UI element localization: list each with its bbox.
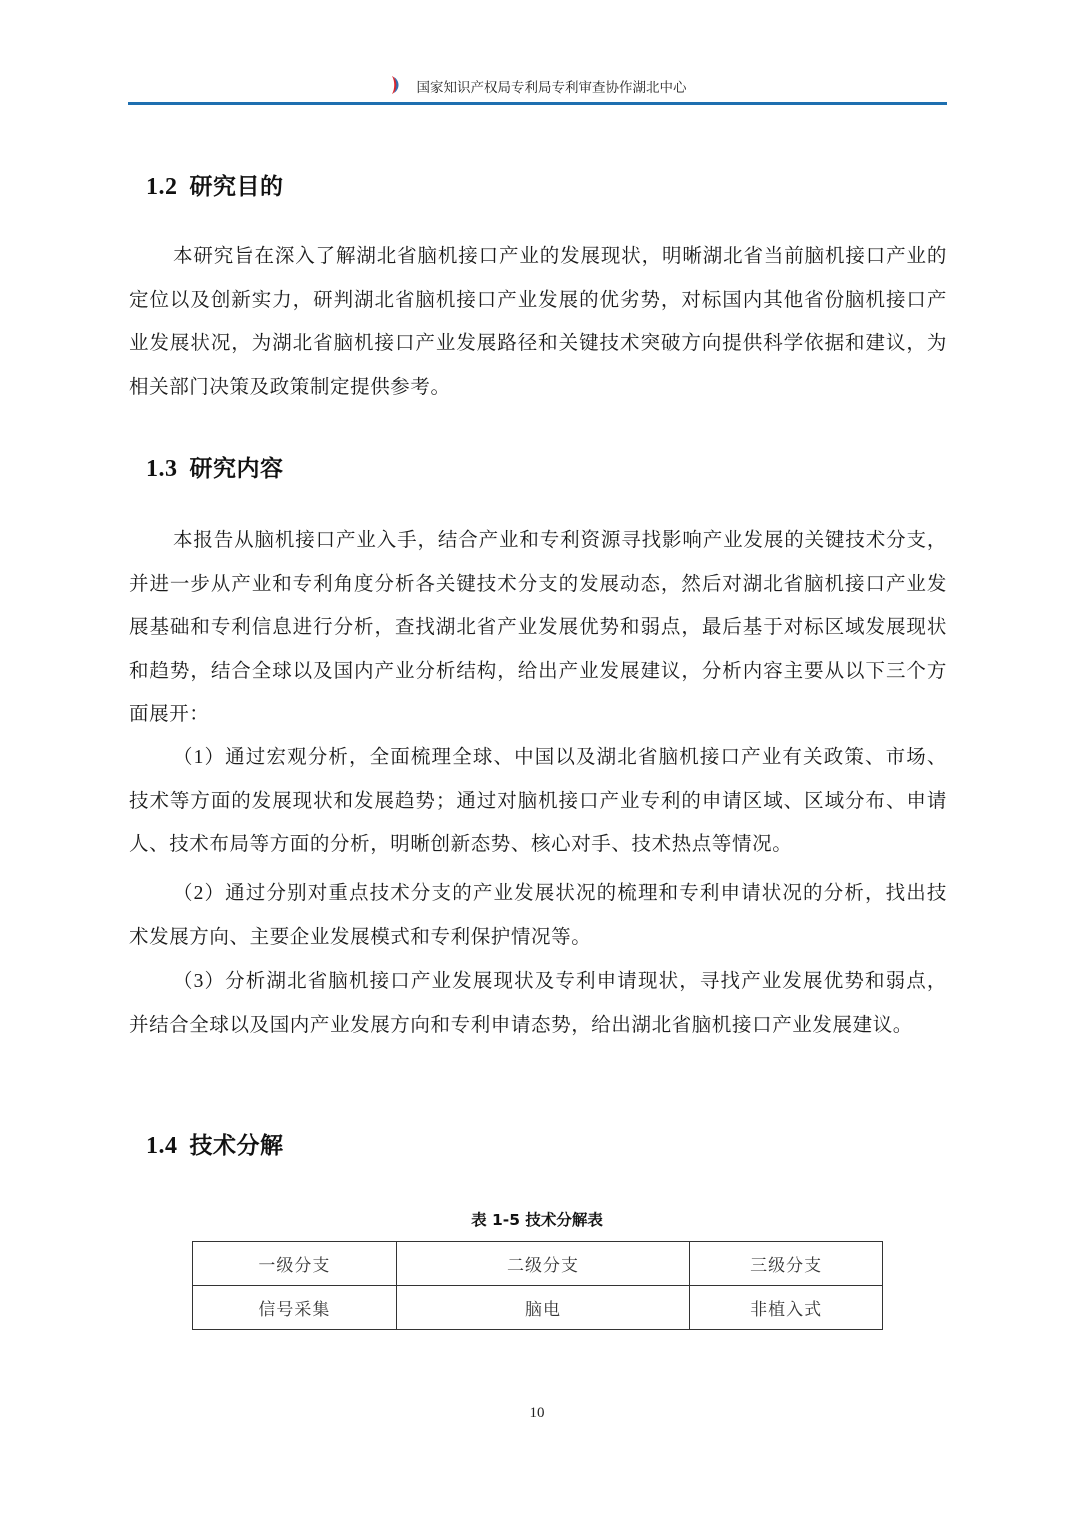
- section-number: 1.4: [146, 1133, 178, 1159]
- table-cell: 脑电: [396, 1286, 690, 1330]
- table-caption: 表 1-5 技术分解表: [192, 1208, 882, 1230]
- table-header-cell: 一级分支: [193, 1242, 397, 1286]
- section-heading-1-3: 1.3研究内容: [146, 450, 284, 483]
- paragraph-research-purpose: 本研究旨在深入了解湖北省脑机接口产业的发展现状，明晰湖北省当前脑机接口产业的定位…: [129, 235, 947, 409]
- header-title: 国家知识产权局专利局专利审查协作湖北中心: [417, 80, 687, 96]
- cnipa-hubei-logo-icon: [389, 75, 401, 95]
- table-cell: 非植入式: [690, 1286, 883, 1330]
- paragraph-item-1: （1）通过宏观分析，全面梳理全球、中国以及湖北省脑机接口产业有关政策、市场、技术…: [129, 736, 947, 867]
- paragraph-item-3: （3）分析湖北省脑机接口产业发展现状及专利申请现状，寻找产业发展优势和弱点，并结…: [129, 960, 947, 1047]
- paragraph-item-2: （2）通过分别对重点技术分支的产业发展状况的梳理和专利申请状况的分析，找出技术发…: [129, 872, 947, 959]
- tech-breakdown-table: 一级分支 二级分支 三级分支 信号采集 脑电 非植入式: [192, 1241, 883, 1330]
- header-rule: [128, 102, 947, 105]
- paragraph-research-content-intro: 本报告从脑机接口产业入手，结合产业和专利资源寻找影响产业发展的关键技术分支，并进…: [129, 519, 947, 737]
- section-heading-1-2: 1.2研究目的: [146, 168, 284, 201]
- section-title: 技术分解: [190, 1133, 284, 1159]
- section-number: 1.3: [146, 456, 178, 482]
- table-header-row: 一级分支 二级分支 三级分支: [193, 1242, 883, 1286]
- table-header-cell: 二级分支: [396, 1242, 690, 1286]
- section-title: 研究内容: [190, 456, 284, 482]
- page-number: 10: [0, 1405, 1074, 1422]
- section-title: 研究目的: [190, 174, 284, 200]
- section-heading-1-4: 1.4技术分解: [146, 1127, 284, 1160]
- table-cell: 信号采集: [193, 1286, 397, 1330]
- section-number: 1.2: [146, 174, 178, 200]
- page-header: 国家知识产权局专利局专利审查协作湖北中心: [128, 72, 947, 106]
- table-row: 信号采集 脑电 非植入式: [193, 1286, 883, 1330]
- table-header-cell: 三级分支: [690, 1242, 883, 1286]
